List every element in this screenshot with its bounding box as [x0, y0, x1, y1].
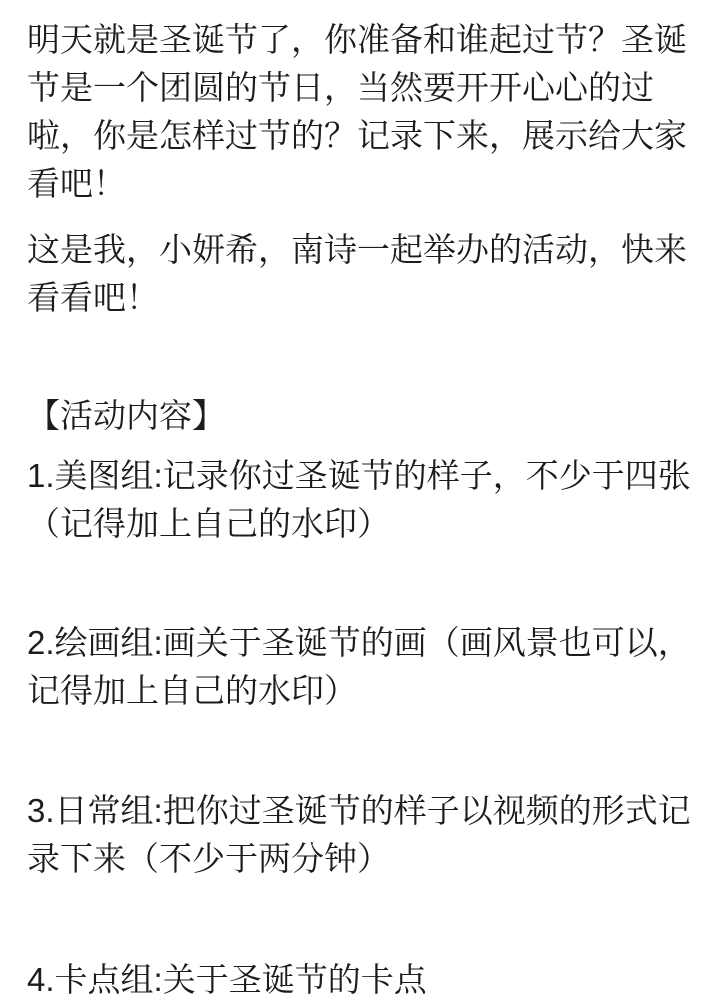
text-line: 记得加上自己的水印） — [27, 667, 700, 715]
post-body: 明天就是圣诞节了，你准备和谁起过节？圣诞 节是一个团圆的节日，当然要开开心心的过… — [0, 0, 720, 1003]
text-line: 2.绘画组:画关于圣诞节的画（画风景也可以， — [27, 619, 700, 667]
text-line: （记得加上自己的水印） — [27, 500, 700, 548]
activity-item-beat-sync-group: 4.卡点组:关于圣诞节的卡点 — [27, 956, 700, 1003]
activity-item-drawing-group: 2.绘画组:画关于圣诞节的画（画风景也可以， 记得加上自己的水印） — [27, 619, 700, 715]
intro-paragraph-1: 明天就是圣诞节了，你准备和谁起过节？圣诞 节是一个团圆的节日，当然要开开心心的过… — [27, 16, 700, 208]
intro-paragraph-2: 这是我，小妍希，南诗一起举办的活动，快来 看看吧！ — [27, 226, 700, 322]
text-line: 节是一个团圆的节日，当然要开开心心的过 — [27, 64, 700, 112]
text-line: 这是我，小妍希，南诗一起举办的活动，快来 — [27, 226, 700, 274]
text-line: 啦，你是怎样过节的？记录下来，展示给大家 — [27, 112, 700, 160]
text-line: 明天就是圣诞节了，你准备和谁起过节？圣诞 — [27, 16, 700, 64]
section-heading-text: 【活动内容】 — [27, 392, 700, 440]
text-line: 看看吧！ — [27, 274, 700, 322]
text-line: 3.日常组:把你过圣诞节的样子以视频的形式记 — [27, 787, 700, 835]
activity-item-photo-group: 1.美图组:记录你过圣诞节的样子，不少于四张 （记得加上自己的水印） — [27, 452, 700, 548]
activity-item-daily-group: 3.日常组:把你过圣诞节的样子以视频的形式记 录下来（不少于两分钟） — [27, 787, 700, 883]
text-line: 4.卡点组:关于圣诞节的卡点 — [27, 956, 700, 1003]
text-line: 录下来（不少于两分钟） — [27, 835, 700, 883]
text-line: 看吧！ — [27, 160, 700, 208]
text-line: 1.美图组:记录你过圣诞节的样子，不少于四张 — [27, 452, 700, 500]
section-heading-activity-content: 【活动内容】 — [27, 392, 700, 440]
